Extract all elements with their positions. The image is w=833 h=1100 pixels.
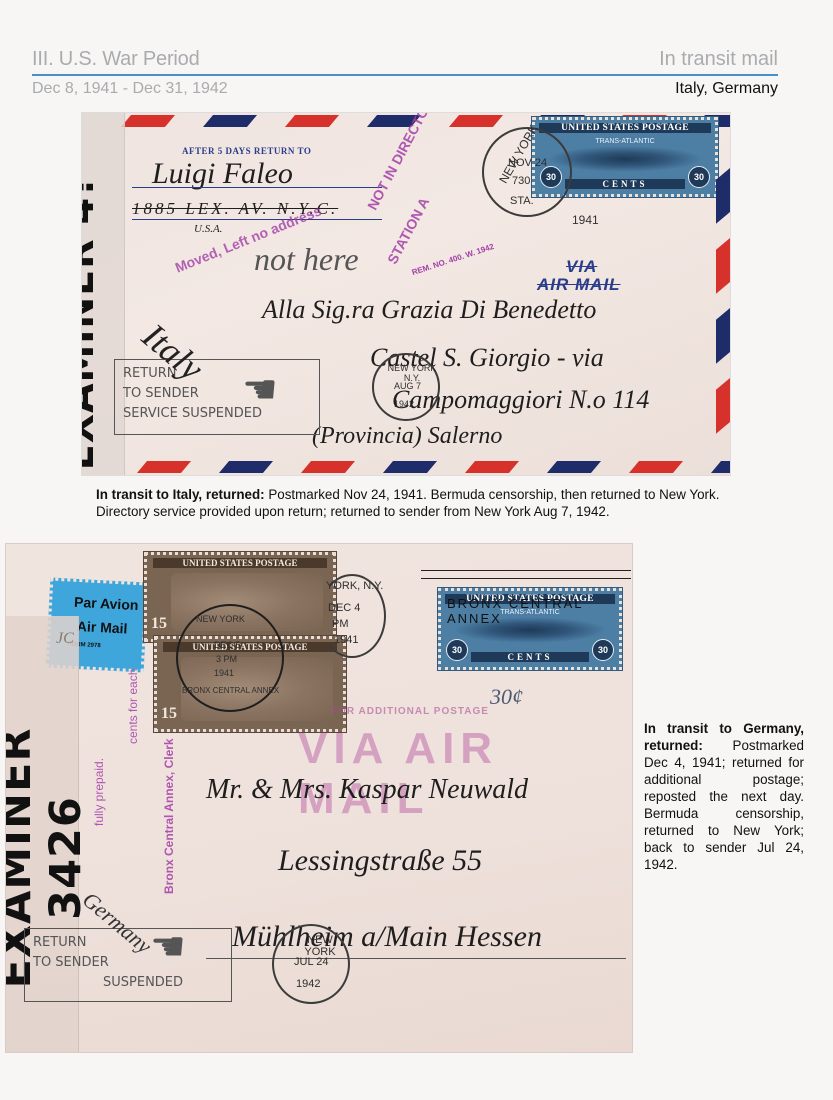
return-to-label: AFTER 5 DAYS RETURN TO [182,146,311,156]
date-range: Dec 8, 1941 - Dec 31, 1942 [32,80,228,98]
cover-italy: EXAMINER 4?77 AFTER 5 DAYS RETURN TO Lui… [82,113,730,475]
postmark-bronx: NEW YORK DEC 5 3 PM 1941 BRONX CENTRAL A… [176,604,284,712]
airmail-stripe [716,166,730,223]
airmail-label: AIR MAIL [537,275,621,295]
additional-postage-handstamp: FOR ADDITIONAL POSTAGE [331,706,489,717]
address-line-2: Lessingstraße 55 [278,844,482,878]
airmail-stripe [121,115,175,127]
airmail-stripe [219,461,273,473]
postmark-return: NEW YORK N.Y. AUG 7 1942 [372,353,440,421]
via-label: VIA [566,257,597,277]
airmail-stripe [629,461,683,473]
airmail-stripe [716,306,730,363]
airmail-stripe [301,461,355,473]
transatlantic-stamp: UNITED STATES POSTAGE TRANS-ATLANTIC 30 … [438,588,622,670]
airmail-stripe [285,115,339,127]
prepaid-handstamp: fully prepaid. [92,758,106,826]
postmark-origin: NEW YORK NOV 24 730 STA. [482,127,572,217]
airmail-stripe [465,461,519,473]
bronx-annex-cancel: BRONX CENTRAL ANNEX [447,596,619,626]
pointing-hand-icon: ☚ [150,924,186,970]
countries-label: Italy, Germany [675,80,778,98]
caption-italy: In transit to Italy, returned: Postmarke… [96,486,736,520]
caption-text: Postmarked Dec 4, 1941; returned for add… [644,738,804,872]
rem-handstamp: REM. NO. 400. W. 1942 [411,242,495,277]
rate-note: 30¢ [490,684,523,710]
section-title: III. U.S. War Period [32,48,200,71]
address-line-1: Mr. & Mrs. Kaspar Neuwald [206,774,528,806]
postmark-dec4: YORK, N.Y. DEC 4 PM 1941 [318,574,386,658]
cancel-line [421,578,631,579]
sender-country: U.S.A. [194,223,222,235]
stamp-title: UNITED STATES POSTAGE [539,123,711,133]
return-to-sender-box: RETURN TO SENDER SERVICE SUSPENDED [114,359,320,435]
airmail-stripe [137,461,191,473]
airmail-stripe [716,236,730,293]
return-line [132,187,382,188]
stamp-value: 30 [688,166,710,188]
postmark-return: NEW YORK JUL 24 1942 [272,924,350,1004]
cancel-line [421,570,631,571]
caption-heading: In transit to Italy, returned: [96,487,265,502]
airmail-stripe [383,461,437,473]
address-underline [206,958,626,959]
airmail-stripe [547,461,601,473]
address-line-1: Alla Sig.ra Grazia Di Benedetto [262,295,596,325]
pointing-hand-icon: ☚ [242,367,278,413]
caption-germany: In transit to Germany, returned: Postmar… [644,720,804,873]
not-here-note: not here [254,241,359,278]
station-handstamp: STATION A [384,195,432,267]
airmail-stripe [449,115,503,127]
cover-germany: Par Avion Air Mail FORM 2978 UNITED STAT… [6,544,632,1052]
category-title: In transit mail [659,48,778,71]
address-line-4: (Provincia) Salerno [312,423,502,450]
header-rule [32,74,778,76]
airmail-stripe [716,376,730,433]
stamp-cents: CENTS [565,179,685,189]
postmark-year: 1941 [572,213,599,227]
airmail-stripe [203,115,257,127]
airmail-border-bottom [82,459,730,475]
sender-name: Luigi Faleo [152,157,293,191]
return-line [132,219,382,220]
bronx-clerk-handstamp: Bronx Central Annex, Clerk [162,738,176,894]
censor-initials: JC [56,630,74,648]
airmail-stripe [711,461,730,473]
cents-handstamp: cents for each [126,669,140,744]
